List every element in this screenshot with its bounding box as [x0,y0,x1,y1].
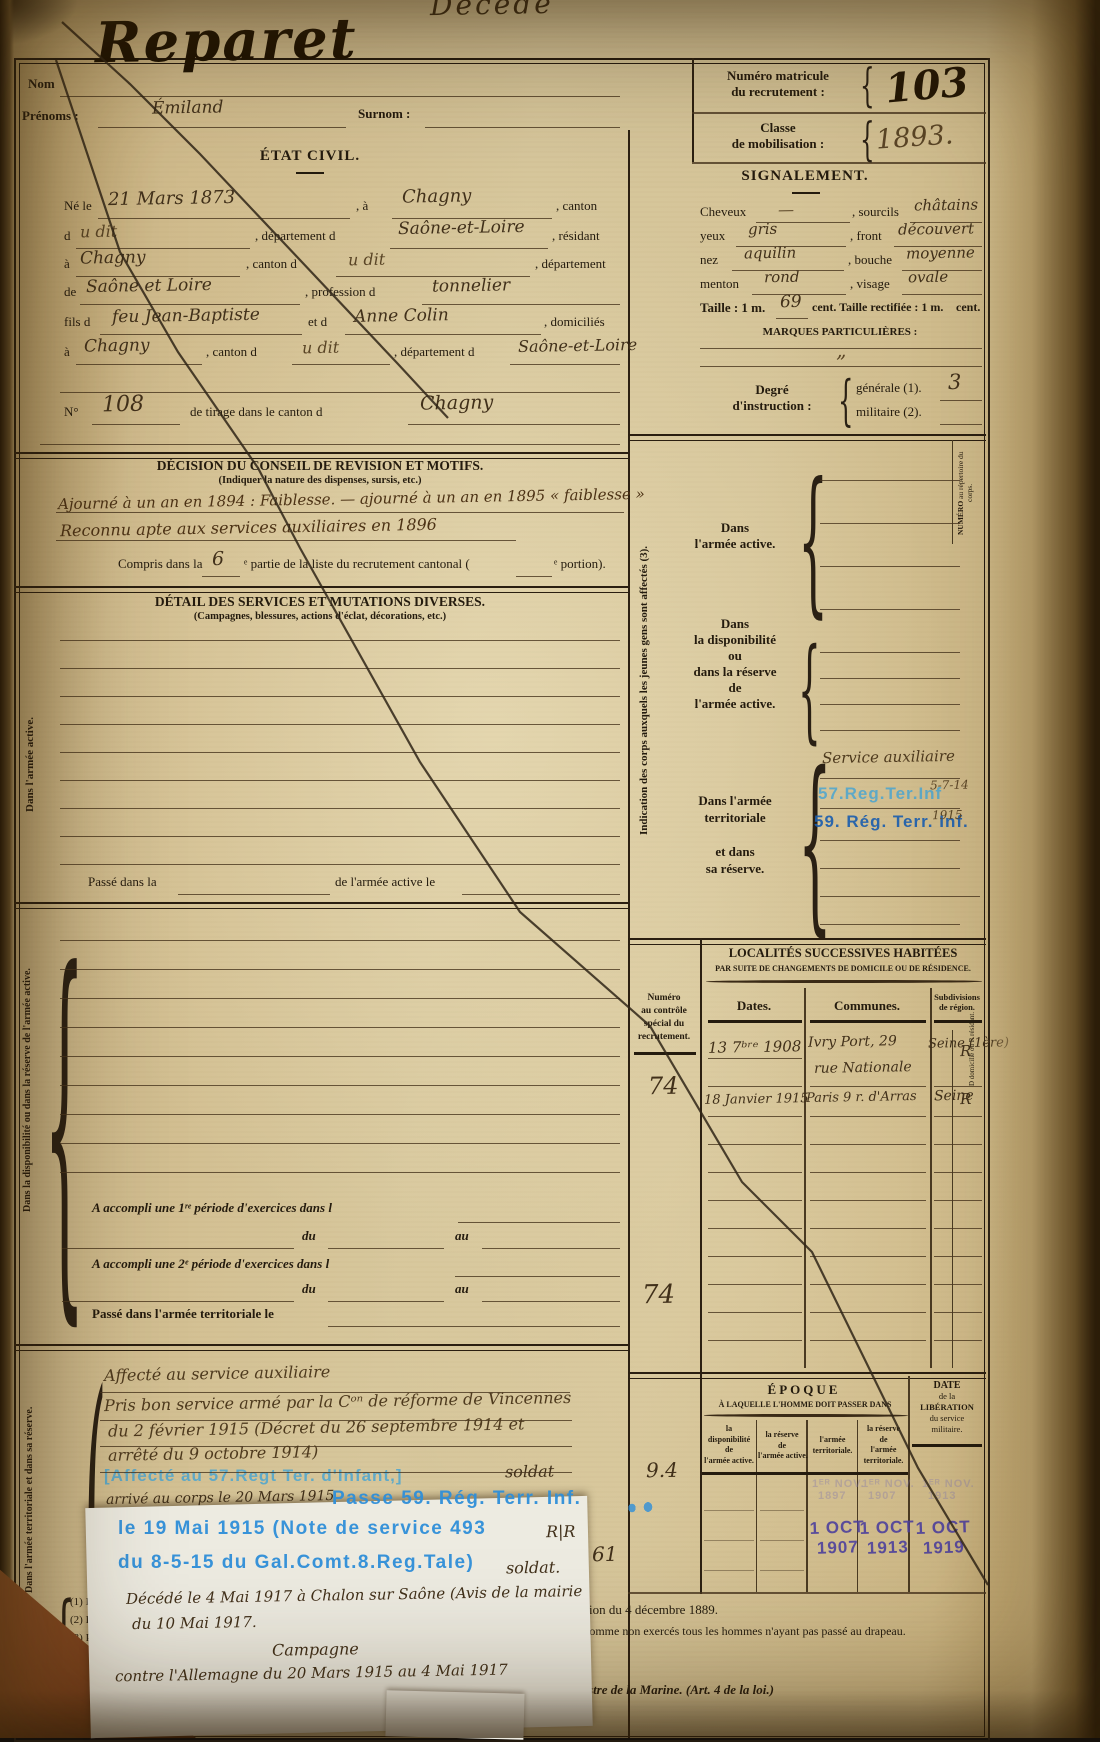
epoque-col3-header: l'arméeterritoriale. [808,1435,857,1456]
stamp-faded-nov-1: 1ᴱᴿ NOV.1897 [812,1478,865,1502]
c3-l2: territoriale. [813,1446,853,1455]
compris-value: 6 [212,548,224,570]
rule [810,1284,926,1285]
terr-rr-note: R|R [546,1522,576,1542]
rule [692,162,986,164]
matricule-label-line1: Numéro matricule [727,68,829,83]
services-title: DÉTAIL DES SERVICES ET MUTATIONS DIVERSE… [40,594,600,610]
rule [820,609,960,610]
rule [940,424,982,425]
rule [628,1592,986,1594]
rule [820,730,960,731]
bloc2-line1: Dans [721,616,749,631]
rule [455,1276,620,1277]
section-divider [628,434,986,441]
ec-l6h1: Chagny [84,335,150,356]
f3b: 1913 [928,1490,956,1502]
ec-l1a: Né le [64,198,92,214]
sig-taille-b: cent. Taille rectifiée : 1 m. [812,300,943,315]
rule [820,566,960,567]
instruction-generale-value: 3 [948,370,962,394]
rule [820,868,960,869]
side-label-indication-corps: Indication des corps auxquels les jeunes… [638,446,656,934]
rule [820,480,960,481]
controle-label-line1: Numéro [647,993,680,1003]
instruction-label: Degré d'instruction : [712,382,832,414]
c1-l2: disponibilité [708,1435,750,1444]
controle-label-line3: spécial du [644,1019,684,1029]
rule [62,1301,294,1302]
ec-l6c: , département d [394,344,475,360]
s3b: 1919 [923,1537,965,1557]
localite-row1-commune1: Ivry Port, 29 [808,1033,897,1051]
rule [820,678,960,679]
classe-value: 1893. [875,119,954,155]
sig-sourcils-value: châtains [914,195,978,214]
rule [810,1228,926,1229]
campagne-title: Campagne [272,1639,359,1660]
controle-num-3: 9.4 [646,1458,678,1483]
numero-repertoire-strip: NUMÉRO au répertoire du corps. [956,446,982,540]
localite-row2-dr: R [960,1090,972,1108]
bloc3-line3: et dans [715,844,754,859]
rule [60,752,620,753]
section-divider [628,938,986,945]
bloc-territoriale-label: Dans l'armée territoriale et dans sa rés… [672,792,798,877]
rule [100,1472,572,1473]
c2-l1: la réserve [765,1430,798,1439]
s2b: 1913 [867,1537,909,1557]
rule [60,696,620,697]
instruction-label-line2: d'instruction : [732,398,811,413]
section-divider [14,902,628,909]
matricule-label-line2: du recrutement : [731,84,825,99]
header-underline [912,1444,982,1447]
table-col-divider [804,988,806,1368]
bloc2-line4: dans la réserve [693,664,776,679]
tirage-a: N° [64,404,79,420]
sig-menton-value: rond [764,268,800,287]
bloc1-line2: l'armée active. [695,536,776,551]
stamp-ink-fragment [624,1498,658,1518]
stamp-faded-nov-3: 1ᴱᴿ NOV.1913 [922,1478,975,1502]
rule [708,1200,802,1201]
classe-label-line2: de mobilisation : [732,136,824,151]
signalement-title: SIGNALEMENT. [640,168,970,185]
numero-strip-line1: NUMÉRO [956,501,965,535]
date-l5: militaire. [932,1424,963,1434]
bloc2-line2: la disponibilité [694,632,776,647]
sig-cheveux-label: Cheveux [700,204,746,220]
stamp-oct-1907: 1 OCT1907 [809,1517,865,1559]
localites-col-dates: Dates. [706,998,802,1014]
f3a: 1ᴱᴿ NOV. [922,1478,975,1490]
rule [60,864,620,865]
date-l3: LIBÉRATION [920,1402,974,1412]
rule [92,424,180,425]
stamp-oct-1919: 1 OCT1919 [915,1517,971,1559]
title-dash [792,192,820,194]
side-label-armee-active: Dans l'armée active. [24,650,40,880]
tirage-b: de tirage dans le canton d [190,404,322,420]
rule [704,1540,754,1541]
rule [934,1172,982,1173]
controle-num-1: 74 [648,1072,679,1101]
deceased-top-note: Décédé [430,0,554,22]
sig-front-value: découvert [898,219,974,238]
rule [482,1248,620,1249]
rule [60,1085,620,1086]
f2b: 1907 [868,1490,896,1502]
date-l4: du service [930,1413,965,1423]
c1-l4: l'armée active. [704,1456,754,1465]
epoque-col-divider [857,1420,858,1592]
rule [934,1256,982,1257]
rule [60,969,620,970]
ec-l5a: fils d [64,314,90,330]
edge-top-left-shadow [0,0,130,75]
rule [462,894,620,895]
controle-label: Numéro au contrôle spécial du recrutemen… [630,992,698,1044]
rule [56,512,624,513]
sig-visage-value: ovale [908,268,948,287]
ornament-line [706,980,982,983]
rule [934,1228,982,1229]
f2a: 1ᴱᴿ NOV. [862,1478,915,1490]
rule [810,1340,926,1341]
rule [940,400,982,401]
epoque-subtitle: À LAQUELLE L'HOMME DOIT PASSER DANS [700,1400,910,1409]
localite-row1-date: 13 7ᵇʳᵉ 1908 [708,1037,802,1057]
field-prenoms-label: Prénoms : [22,108,79,124]
rule [820,523,960,524]
rule [60,1114,620,1115]
rule [934,1284,982,1285]
localite-row1-commune2: rue Nationale [814,1059,912,1077]
bloc3-line4: sa réserve. [706,861,764,876]
controle-label-line4: recrutement. [638,1032,690,1042]
localite-row2-commune: Paris 9 r. d'Arras [806,1089,917,1106]
bloc1-line1: Dans [721,520,749,535]
rule [934,1312,982,1313]
sig-nez-label: nez [700,252,718,268]
c2-l2: de [778,1441,786,1450]
marques-value: „ [836,338,847,362]
matricule-value: 103 [883,58,970,112]
rule [708,1284,802,1285]
rule [810,1144,926,1145]
rule [345,334,541,335]
sig-front-label: , front [850,228,882,244]
compris-b: ᵉ partie de la liste du recrutement cant… [244,556,470,572]
rule [704,1510,754,1511]
bloc3-brace: { [798,748,832,938]
stamp-passe-59-line3: du 8-5-15 du Gal.Comt.8.Reg.Tale) [118,1552,474,1574]
rule [934,1086,982,1087]
edge-bottom [0,1690,1100,1738]
localite-row1-dr: R [960,1042,972,1060]
sig-visage-label: , visage [850,276,890,292]
stamp-oct-1913: 1 OCT1913 [859,1517,915,1559]
rule [178,894,330,895]
rule [708,1058,802,1059]
rule [292,364,390,365]
date-l1: DATE [933,1380,960,1391]
ec-l2h2: Saône-et-Loire [398,217,525,239]
rule [60,1027,620,1028]
matricule-brace: { [860,62,875,108]
sig-taille-c: cent. [956,300,980,315]
s1a: 1 OCT [809,1517,865,1538]
section-divider [14,586,628,593]
scanned-military-record-sheet: Décédé Reparet Nom Prénoms : Émiland Sur… [0,0,1100,1738]
controle-num-61: 61 [592,1542,618,1566]
rule [700,366,982,367]
rule [810,1086,926,1087]
title-dash [296,172,324,174]
rule [708,1256,802,1257]
passe-active-b: de l'armée active le [335,874,435,890]
rule [708,1172,802,1173]
rule [60,808,620,809]
date-l2: de la [939,1391,955,1401]
rule [510,364,620,365]
rule [708,1312,802,1313]
s2a: 1 OCT [859,1517,915,1538]
header-underline [810,1020,926,1023]
rule [820,652,960,653]
compris-a: Compris dans la [118,556,203,572]
rule [810,1256,926,1257]
rule [60,1056,620,1057]
rule [60,1172,620,1173]
ec-l4h2: tonnelier [432,275,510,296]
rule [482,1301,620,1302]
field-prenoms-value: Émiland [152,97,224,118]
rule [390,248,548,249]
ec-l2a: d [64,228,71,244]
rule [98,127,346,128]
rule [328,1301,444,1302]
compris-c: ᵉ portion). [554,556,606,572]
column-divider [628,130,630,1738]
localites-title: LOCALITÉS SUCCESSIVES HABITÉES [704,946,982,961]
etat-civil-title: ÉTAT CIVIL. [60,148,560,165]
stamp-passe-59-line2: le 19 Mai 1915 (Note de service 493 [118,1518,486,1540]
rule [76,364,202,365]
field-nom-value: Reparet [94,6,358,77]
f1a: 1ᴱᴿ NOV. [812,1478,865,1490]
rule [934,1200,982,1201]
services-subtitle: (Campagnes, blessures, actions d'éclat, … [40,611,600,622]
f1b: 1897 [818,1490,846,1502]
ornament-line [704,1414,908,1417]
bloc3-line2: territoriale [704,810,765,825]
epoque-col2-header: la réservedel'armée active. [758,1430,806,1462]
instruction-militaire-label: militaire (2). [856,404,922,420]
sig-nez-value: aquilin [744,244,797,263]
numero-strip-divider [952,440,953,544]
terr-soldat2: soldat. [506,1558,561,1578]
rule [328,1248,444,1249]
rule [60,940,620,941]
decision-subtitle: (Indiquer la nature des dispenses, sursi… [40,475,600,486]
bloc2-line6: l'armée active. [695,696,776,711]
ec-l4a: de [64,284,76,300]
ec-l3c: , département [535,256,606,272]
sig-bouche-label: , bouche [848,252,892,268]
rule [98,218,350,219]
epoque-col-divider [756,1420,757,1592]
bloc-armee-active-label: Dans l'armée active. [672,520,798,552]
footer-right-1: sion du 4 décembre 1889. [584,1602,718,1618]
side-label-disponibilite: Dans la disponibilité ou dans la réserve… [22,930,38,1250]
c1-l3: de [725,1445,733,1454]
localite-row2-date: 18 Janvier 1915 [704,1091,809,1108]
terr-hw1: Affecté au service auxiliaire [104,1362,331,1385]
bloc2-line5: de [729,680,742,695]
du-label2: du [302,1281,316,1297]
rule [760,1540,804,1541]
ec-l2h1: u dit [80,222,118,242]
matricule-label: Numéro matricule du recrutement : [698,68,858,100]
c4-l4: territoriale. [864,1456,904,1465]
header-underline [708,1020,802,1023]
du-label: du [302,1228,316,1244]
rule [60,724,620,725]
tirage-canton: Chagny [420,391,494,414]
sig-yeux-label: yeux [700,228,725,244]
controle-column-divider [700,938,702,1594]
rule [760,1510,804,1511]
rule [60,96,620,97]
rule [60,640,620,641]
rule [62,1248,294,1249]
corps-57-date-note: 5-7-14 [930,778,969,793]
rule [40,444,620,445]
field-nom-label: Nom [28,76,55,92]
ec-l5h1: feu Jean-Baptiste [112,305,260,328]
ec-l4b: , profession d [305,284,375,300]
rule [810,1200,926,1201]
ec-l4h1: Saône et Loire [86,275,212,297]
stamp-57th-regiment-assignment: [Affecté au 57.Regt Ter. d'Infant,] [104,1466,402,1486]
c4-l2: de [880,1435,888,1444]
dr-strip-divider [952,1030,953,1368]
rule [60,668,620,669]
rule [810,1116,926,1117]
rule [328,1326,620,1327]
periode2-label: A accompli une 2ᵉ période d'exercices da… [92,1256,329,1272]
sig-taille-a: Taille : 1 m. [700,300,765,316]
s3a: 1 OCT [915,1517,971,1538]
periode1-label: A accompli une 1ʳᵉ période d'exercices d… [92,1200,332,1216]
rule [80,304,300,305]
rule [56,540,516,541]
passe-active-a: Passé dans la [88,874,157,890]
rule [202,576,240,577]
ec-l1c: , canton [556,198,597,214]
s1b: 1907 [817,1537,859,1557]
edge-right [986,0,1100,1738]
epoque-col4-header: la réservedel'arméeterritoriale. [859,1424,908,1466]
localites-subtitle: PAR SUITE DE CHANGEMENTS DE DOMICILE OU … [704,964,982,973]
controle-label-underline [634,1052,696,1055]
ec-l6h2: u dit [302,338,340,358]
rule [60,392,620,393]
sig-taille-value: 69 [780,292,802,312]
rule [458,1222,620,1223]
bloc2-line3: ou [728,648,742,663]
matricule-box-left-edge [692,58,694,162]
sig-sourcils-label: , sourcils [852,204,899,220]
rule [810,1172,926,1173]
field-surnom-label: Surnom : [358,106,410,122]
localites-col-communes: Communes. [808,998,926,1014]
sig-menton-label: menton [700,276,739,292]
rule [60,998,620,999]
deces-line2: du 10 Mai 1917. [132,1613,257,1633]
edge-left [0,0,14,1738]
c4-l3: l'armée [871,1445,897,1454]
rule [516,576,552,577]
classe-label: Classe de mobilisation : [698,120,858,152]
sig-yeux-value: gris [748,220,778,239]
rule [408,424,620,425]
tirage-num: 108 [102,392,144,418]
stamp-passe-59-line1: Passe 59. Rég. Terr. Inf. [332,1488,581,1510]
ec-l1b: , à [356,198,368,214]
rule [902,294,982,295]
section-divider [628,1372,986,1379]
ec-l5b: et d [308,314,327,330]
rule [708,1086,802,1087]
stamp-faded-nov-2: 1ᴱᴿ NOV.1907 [862,1478,915,1502]
rule [934,1144,982,1145]
controle-label-line2: au contrôle [641,1006,687,1016]
header-underline [702,1472,908,1475]
instruction-generale-label: générale (1). [856,380,922,396]
controle-num-2: 74 [642,1280,676,1311]
rule [820,704,960,705]
ec-l3b: , canton d [246,256,297,272]
bloc3-line1: Dans l'armée [698,793,771,808]
rule [820,896,980,897]
sig-cheveux-value: — [778,200,794,219]
corps-59-date-note: 1915 [932,808,963,823]
rule [60,836,620,837]
instruction-brace: { [838,374,853,428]
stamp-57-regiment: 57.Reg.Ter.Inf [818,784,942,804]
rule [820,840,960,841]
ec-l6a: à [64,344,70,360]
c1-l1: la [726,1424,732,1433]
terr-hw4: arrêté du 9 octobre 1914) [108,1442,319,1465]
rule [692,112,986,114]
au-label2: au [455,1281,469,1297]
decision-title: DÉCISION DU CONSEIL DE REVISION ET MOTIF… [40,458,600,474]
bloc1-brace: { [798,462,828,620]
numero-strip-line2: au répertoire du corps. [956,451,974,502]
rule [810,1312,926,1313]
epoque-col1-header: ladisponibilitédel'armée active. [702,1424,756,1466]
epoque-title: ÉPOQUE [704,1382,904,1398]
ec-l3h1: Chagny [80,247,146,268]
bloc2-brace: { [798,634,821,746]
ec-l5c: , domiciliés [544,314,605,330]
ec-l3a: à [64,256,70,272]
instruction-label-line1: Degré [755,382,788,397]
